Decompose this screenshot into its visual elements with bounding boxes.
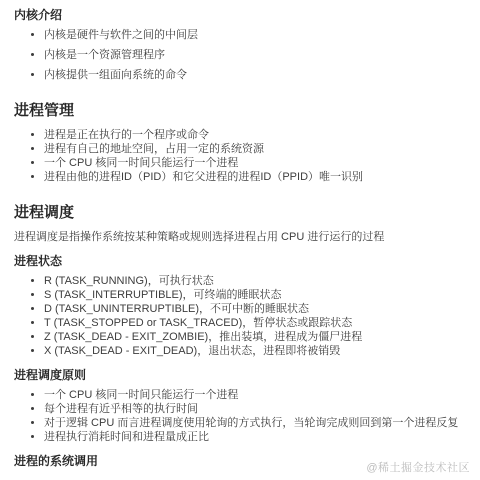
bullet-list: R (TASK_RUNNING)，可执行状态S (TASK_INTERRUPTI… [14,274,466,358]
list-item: S (TASK_INTERRUPTIBLE)，可终端的睡眠状态 [44,288,466,302]
list-item: X (TASK_DEAD - EXIT_DEAD)，退出状态，进程即将被销毁 [44,344,466,358]
list-item: 对于逻辑 CPU 而言进程调度使用轮询的方式执行，当轮询完成则回到第一个进程反复 [44,416,466,430]
list-item: 内核提供一组面向系统的命令 [44,68,466,82]
section-heading: 进程管理 [14,102,466,120]
subsection-heading: 进程状态 [14,254,466,268]
list-item: T (TASK_STOPPED or TASK_TRACED)，暂停状态或跟踪状… [44,316,466,330]
list-item: 内核是硬件与软件之间的中间层 [44,28,466,42]
subsection-heading: 进程调度原则 [14,368,466,382]
bullet-list: 内核是硬件与软件之间的中间层内核是一个资源管理程序内核提供一组面向系统的命令 [14,28,466,82]
list-item: D (TASK_UNINTERRUPTIBLE)，不可中断的睡眠状态 [44,302,466,316]
watermark: @稀土掘金技术社区 [366,461,470,475]
article-content: 内核介绍内核是硬件与软件之间的中间层内核是一个资源管理程序内核提供一组面向系统的… [14,8,466,468]
list-item: 每个进程有近乎相等的执行时间 [44,402,466,416]
list-item: Z (TASK_DEAD - EXIT_ZOMBIE)，推出装填，进程成为僵尸进… [44,330,466,344]
subsection-heading: 内核介绍 [14,8,466,22]
list-item: 进程执行消耗时间和进程量成正比 [44,430,466,444]
paragraph: 进程调度是指操作系统按某种策略或规则选择进程占用 CPU 进行运行的过程 [14,230,466,244]
section-heading: 进程调度 [14,204,466,222]
bullet-list: 进程是正在执行的一个程序或命令进程有自己的地址空间，占用一定的系统资源一个 CP… [14,128,466,184]
list-item: 一个 CPU 核同一时间只能运行一个进程 [44,388,466,402]
list-item: 一个 CPU 核同一时间只能运行一个进程 [44,156,466,170]
article-page: 内核介绍内核是硬件与软件之间的中间层内核是一个资源管理程序内核提供一组面向系统的… [0,0,480,480]
list-item: 进程是正在执行的一个程序或命令 [44,128,466,142]
list-item: 进程有自己的地址空间，占用一定的系统资源 [44,142,466,156]
list-item: 内核是一个资源管理程序 [44,48,466,62]
bullet-list: 一个 CPU 核同一时间只能运行一个进程每个进程有近乎相等的执行时间对于逻辑 C… [14,388,466,444]
list-item: R (TASK_RUNNING)，可执行状态 [44,274,466,288]
list-item: 进程由他的进程ID（PID）和它父进程的进程ID（PPID）唯一识别 [44,170,466,184]
